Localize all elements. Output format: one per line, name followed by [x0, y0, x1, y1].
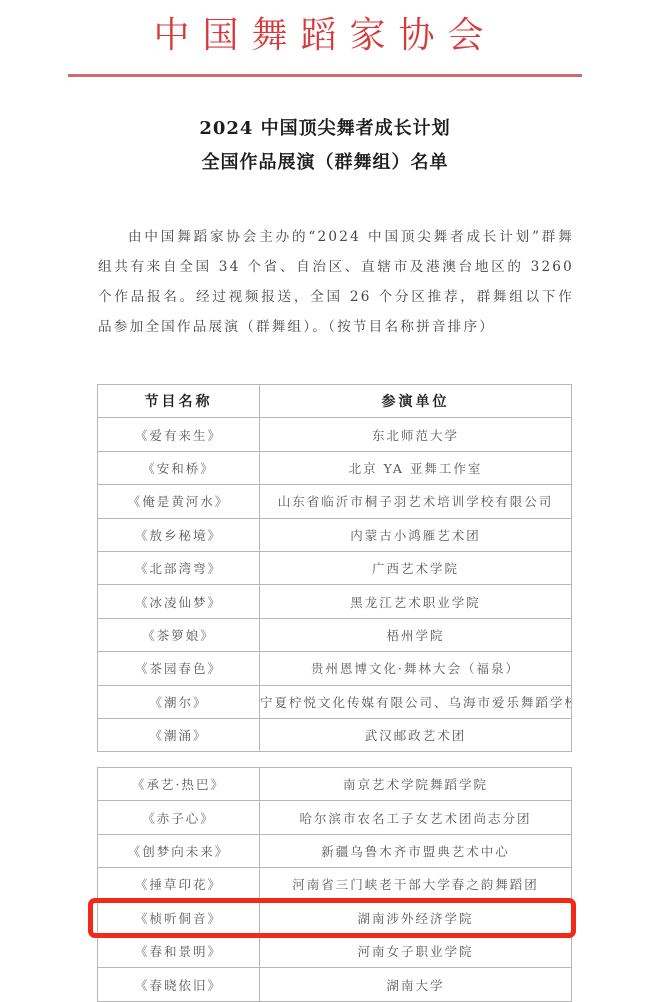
document-title-line1: 2024 中国顶尖舞者成长计划 — [0, 114, 650, 140]
participating-unit: 哈尔滨市农名工子女艺术团尚志分团 — [260, 801, 572, 834]
header-program-name: 节目名称 — [98, 385, 260, 418]
table-row: 《承艺·热巴》 南京艺术学院舞蹈学院 — [98, 768, 572, 801]
table-row: 《安和桥》 北京 YA 亚舞工作室 — [98, 451, 572, 484]
table-row: 《俺是黄河水》 山东省临沂市桐子羽艺术培训学校有限公司 — [98, 485, 572, 518]
participating-unit: 南京艺术学院舞蹈学院 — [260, 768, 572, 801]
program-name: 《爱有来生》 — [98, 418, 260, 451]
table-row: 《爱有来生》 东北师范大学 — [98, 418, 572, 451]
program-name: 《赤子心》 — [98, 801, 260, 834]
participating-unit: 黑龙江艺术职业学院 — [260, 585, 572, 618]
table-header-row: 节目名称 参演单位 — [98, 385, 572, 418]
program-name: 《桢听侗音》 — [98, 901, 260, 934]
program-name: 《茶箩娘》 — [98, 618, 260, 651]
table-row: 《捶草印花》 河南省三门峡老干部大学春之韵舞蹈团 — [98, 868, 572, 901]
program-table-page1: 节目名称 参演单位 《爱有来生》 东北师范大学 《安和桥》 北京 YA 亚舞工作… — [97, 384, 572, 752]
participating-unit: 山东省临沂市桐子羽艺术培训学校有限公司 — [260, 485, 572, 518]
participating-unit: 东北师范大学 — [260, 418, 572, 451]
table-row: 《春和景明》 河南女子职业学院 — [98, 934, 572, 967]
program-name: 《承艺·热巴》 — [98, 768, 260, 801]
participating-unit: 河南女子职业学院 — [260, 934, 572, 967]
participating-unit: 湖南大学 — [260, 968, 572, 1001]
table-row: 《冰凌仙梦》 黑龙江艺术职业学院 — [98, 585, 572, 618]
program-name: 《潮尔》 — [98, 685, 260, 718]
participating-unit: 内蒙古小鸿雁艺术团 — [260, 518, 572, 551]
program-name: 《北部湾弯》 — [98, 551, 260, 584]
intro-paragraph: 由中国舞蹈家协会主办的“2024 中国顶尖舞者成长计划”群舞组共有来自全国 34… — [98, 222, 574, 342]
table-row: 《茶园春色》 贵州恩博文化·舞林大会（福泉） — [98, 652, 572, 685]
table-row: 《茶箩娘》 梧州学院 — [98, 618, 572, 651]
program-name: 《安和桥》 — [98, 451, 260, 484]
header-participating-unit: 参演单位 — [260, 385, 572, 418]
program-table-page2: 《承艺·热巴》 南京艺术学院舞蹈学院 《赤子心》 哈尔滨市农名工子女艺术团尚志分… — [97, 767, 572, 1002]
table-row: 《北部湾弯》 广西艺术学院 — [98, 551, 572, 584]
table-row-highlighted: 《桢听侗音》 湖南涉外经济学院 — [98, 901, 572, 934]
program-name: 《俺是黄河水》 — [98, 485, 260, 518]
table-row: 《潮尔》 宁夏柠悦文化传媒有限公司、乌海市爱乐舞蹈学校 — [98, 685, 572, 718]
letterhead-divider — [68, 74, 582, 77]
organization-letterhead: 中国舞蹈家协会 — [0, 14, 650, 58]
table-row: 《春晓依旧》 湖南大学 — [98, 968, 572, 1001]
participating-unit: 宁夏柠悦文化传媒有限公司、乌海市爱乐舞蹈学校 — [260, 685, 572, 718]
table-row: 《敖乡秘境》 内蒙古小鸿雁艺术团 — [98, 518, 572, 551]
program-name: 《茶园春色》 — [98, 652, 260, 685]
program-name: 《春晓依旧》 — [98, 968, 260, 1001]
participating-unit: 新疆乌鲁木齐市盟典艺术中心 — [260, 834, 572, 867]
program-name: 《潮涌》 — [98, 718, 260, 751]
document-title-line2: 全国作品展演（群舞组）名单 — [0, 148, 650, 174]
program-name: 《冰凌仙梦》 — [98, 585, 260, 618]
table-row: 《潮涌》 武汉邮政艺术团 — [98, 718, 572, 751]
participating-unit: 武汉邮政艺术团 — [260, 718, 572, 751]
program-name: 《捶草印花》 — [98, 868, 260, 901]
program-name: 《春和景明》 — [98, 934, 260, 967]
table-row: 《创梦向未来》 新疆乌鲁木齐市盟典艺术中心 — [98, 834, 572, 867]
table-row: 《赤子心》 哈尔滨市农名工子女艺术团尚志分团 — [98, 801, 572, 834]
participating-unit: 北京 YA 亚舞工作室 — [260, 451, 572, 484]
program-name: 《敖乡秘境》 — [98, 518, 260, 551]
participating-unit: 梧州学院 — [260, 618, 572, 651]
participating-unit: 湖南涉外经济学院 — [260, 901, 572, 934]
participating-unit: 贵州恩博文化·舞林大会（福泉） — [260, 652, 572, 685]
participating-unit: 河南省三门峡老干部大学春之韵舞蹈团 — [260, 868, 572, 901]
participating-unit: 广西艺术学院 — [260, 551, 572, 584]
program-name: 《创梦向未来》 — [98, 834, 260, 867]
